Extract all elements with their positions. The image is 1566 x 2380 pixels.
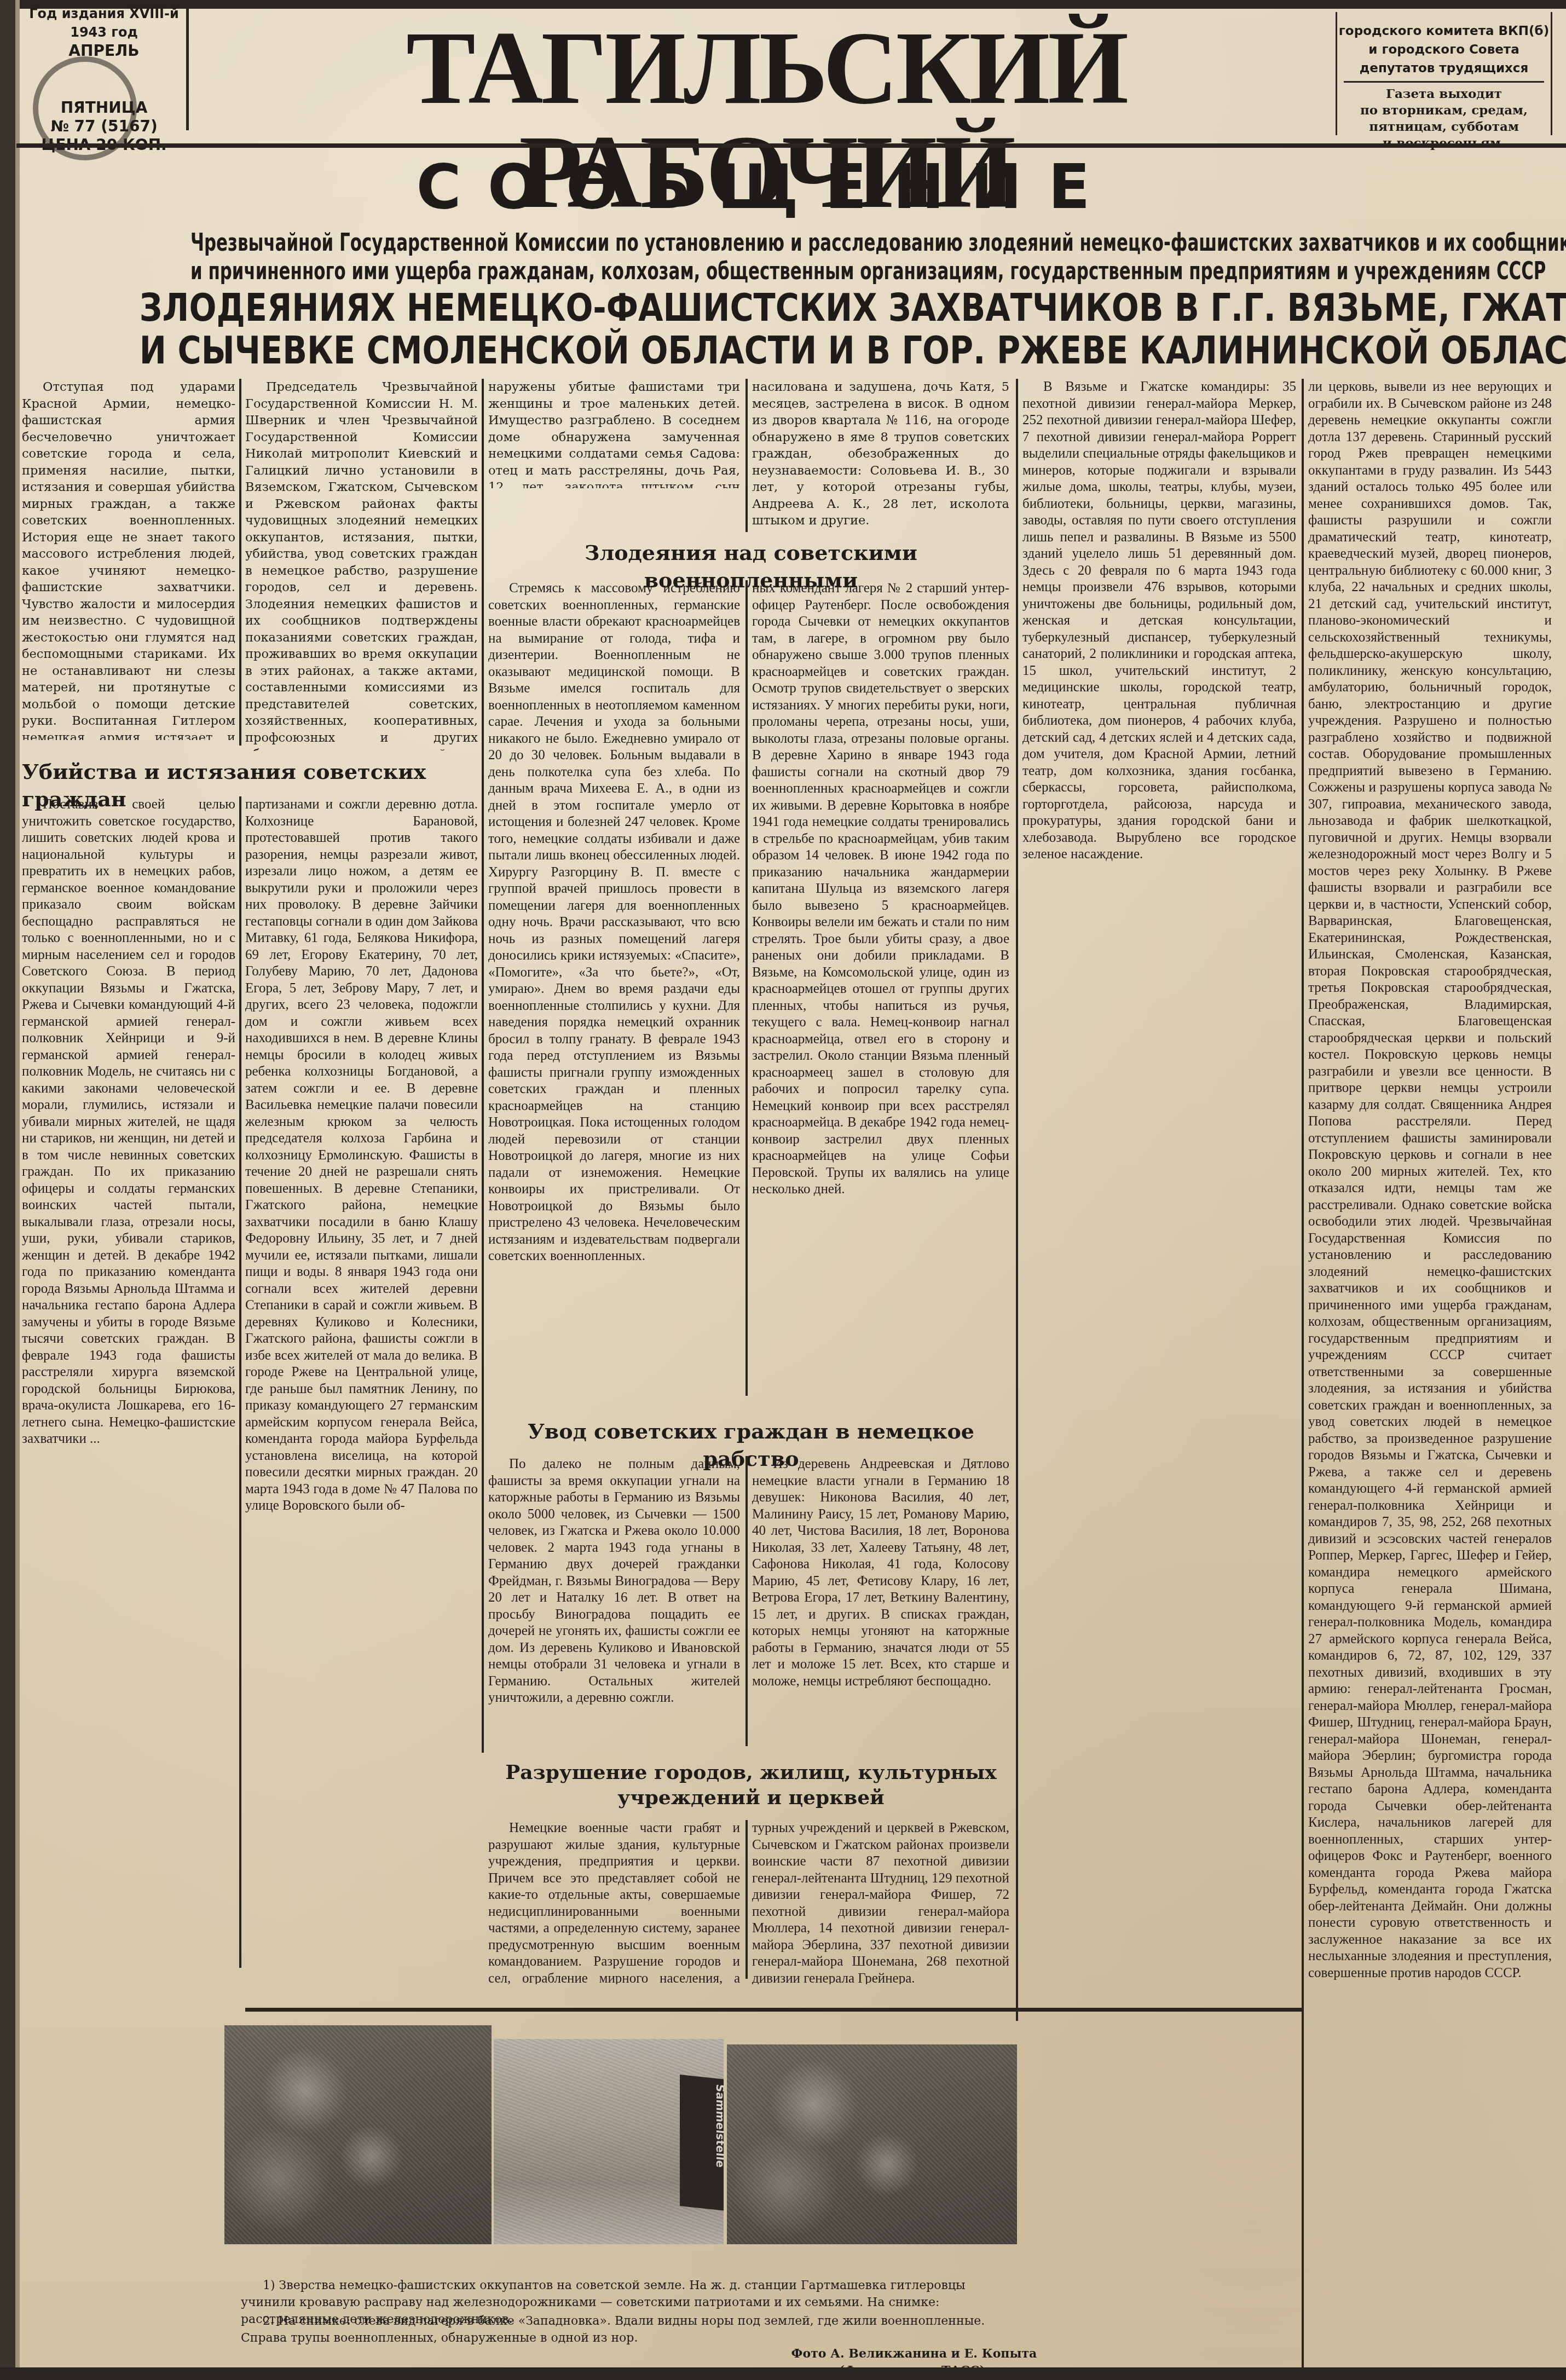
announcement-kicker: СООБЩЕНИЕ xyxy=(219,151,1314,224)
destruction-column-2: ли церковь, вывели из нее верующих и огр… xyxy=(1308,379,1552,2366)
paragraph: Поставив своей целью уничтожить советско… xyxy=(22,796,235,1448)
intro-column-2: Председатель Чрезвычайной Государственно… xyxy=(245,379,478,751)
masthead-ear-left: Год издания XVIII-й 1943 год АПРЕЛЬ ПЯТН… xyxy=(22,4,186,136)
schedule-line-2: по вторникам, средам, xyxy=(1337,102,1551,119)
announcement-subtitle: Чрезвычайной Государственной Комиссии по… xyxy=(190,229,1386,286)
paragraph: В Вязьме и Гжатске командиры: 35 пехотно… xyxy=(1022,379,1296,863)
photo-rule xyxy=(245,2008,1302,2012)
destruction-intro-column-2: турных учреждений и церквей в Ржевском, … xyxy=(752,1820,1009,1984)
paragraph: Председатель Чрезвычайной Государственно… xyxy=(245,379,478,751)
ear-rule xyxy=(1344,81,1544,83)
issue-month: АПРЕЛЬ xyxy=(22,42,186,60)
column-rule xyxy=(239,379,241,746)
column-rule xyxy=(482,379,484,1753)
column-rule xyxy=(746,580,748,1396)
subtitle-line-2: и причиненного ими ущерба гражданам, кол… xyxy=(190,257,1386,286)
paragraph: Отступая под ударами Красной Армии, неме… xyxy=(22,379,235,740)
photo-caption-2: 2. На снимке: слева вид лагеря в балке «… xyxy=(241,2313,1013,2347)
schedule-line-3: пятницам, субботам xyxy=(1337,119,1551,135)
newspaper-title: ТАГИЛЬСКИЙ РАБОЧИЙ xyxy=(219,16,1314,120)
headline-line-2: И СЫЧЕВКЕ СМОЛЕНСКОЙ ОБЛАСТИ И В ГОР. РЖ… xyxy=(140,329,1431,372)
paragraph: наружены убитые фашистами три женщины и … xyxy=(488,379,740,488)
intro-column-3: наружены убитые фашистами три женщины и … xyxy=(488,379,740,488)
section-title-destruction: Разрушение городов, жилищ, культурных уч… xyxy=(488,1760,1014,1810)
paragraph: Из деревень Андреевская и Дятлово немецк… xyxy=(752,1456,1009,1690)
murders-column-2: партизанами и сожгли деревню дотла. Колх… xyxy=(245,796,478,1968)
photo-camp-balka: Die Gefangenen — Sammelstelle xyxy=(494,2039,724,2244)
column-rule xyxy=(746,1820,748,1979)
photo-pow-bodies xyxy=(727,2044,1017,2244)
paragraph: Немецкие военные части грабят и разрушаю… xyxy=(488,1820,740,1984)
binding-fold xyxy=(15,0,20,2380)
column-rule xyxy=(746,1456,748,1746)
scan-border-top xyxy=(0,0,1566,9)
publisher-line-2: и городского Совета xyxy=(1337,41,1551,59)
masthead-ear-right: городского комитета ВКП(б) и городского … xyxy=(1336,12,1552,135)
main-headline: ЗЛОДЕЯНИЯХ НЕМЕЦКО-ФАШИСТСКИХ ЗАХВАТЧИКО… xyxy=(140,286,1431,372)
camp-sign: Die Gefangenen — Sammelstelle xyxy=(680,2075,724,2213)
masthead-rule xyxy=(16,143,1566,148)
column-rule xyxy=(239,796,241,1968)
column-rule xyxy=(1016,379,1018,2021)
paragraph: партизанами и сожгли деревню дотла. Колх… xyxy=(245,796,478,1515)
binding-edge xyxy=(0,0,15,2380)
publication-year: Год издания XVIII-й xyxy=(22,4,186,23)
publisher-line-3: депутатов трудящихся xyxy=(1337,59,1551,78)
murders-column-1: Поставив своей целью уничтожить советско… xyxy=(22,796,235,2269)
ear-divider xyxy=(186,4,189,130)
destruction-intro-column-1: Немецкие военные части грабят и разрушаю… xyxy=(488,1820,740,1984)
paragraph: По далеко не полным данным, фашисты за в… xyxy=(488,1456,740,1707)
paragraph: турных учреждений и церквей в Ржевском, … xyxy=(752,1820,1009,1984)
subtitle-line-1: Чрезвычайной Государственной Комиссии по… xyxy=(190,229,1386,257)
paragraph: ных комендант лагеря № 2 старший унтер-о… xyxy=(752,580,1009,1198)
photo-executed-children xyxy=(224,2025,492,2244)
pow-column-2: ных комендант лагеря № 2 старший унтер-о… xyxy=(752,580,1009,1396)
intro-column-4: насилована и задушена, дочь Катя, 5 меся… xyxy=(752,379,1009,532)
scan-border-bottom xyxy=(0,2367,1566,2380)
schedule-line-1: Газета выходит xyxy=(1337,86,1551,102)
publisher-line-1: городского комитета ВКП(б) xyxy=(1337,22,1551,41)
destruction-column-1: В Вязьме и Гжатске командиры: 35 пехотно… xyxy=(1022,379,1296,2021)
issue-year: 1943 год xyxy=(22,23,186,42)
paragraph: Стремясь к массовому истреблению советск… xyxy=(488,580,740,1265)
column-rule xyxy=(746,379,748,532)
headline-line-1: ЗЛОДЕЯНИЯХ НЕМЕЦКО-ФАШИСТСКИХ ЗАХВАТЧИКО… xyxy=(140,286,1431,329)
paragraph: ли церковь, вывели из нее верующих и огр… xyxy=(1308,379,1552,1982)
intro-column-1: Отступая под ударами Красной Армии, неме… xyxy=(22,379,235,740)
column-rule xyxy=(1302,379,1304,2371)
pow-column-1: Стремясь к массовому истреблению советск… xyxy=(488,580,740,1396)
slavery-column-1: По далеко не полным данным, фашисты за в… xyxy=(488,1456,740,1746)
paragraph: насилована и задушена, дочь Катя, 5 меся… xyxy=(752,379,1009,529)
slavery-column-2: Из деревень Андреевская и Дятлово немецк… xyxy=(752,1456,1009,1746)
